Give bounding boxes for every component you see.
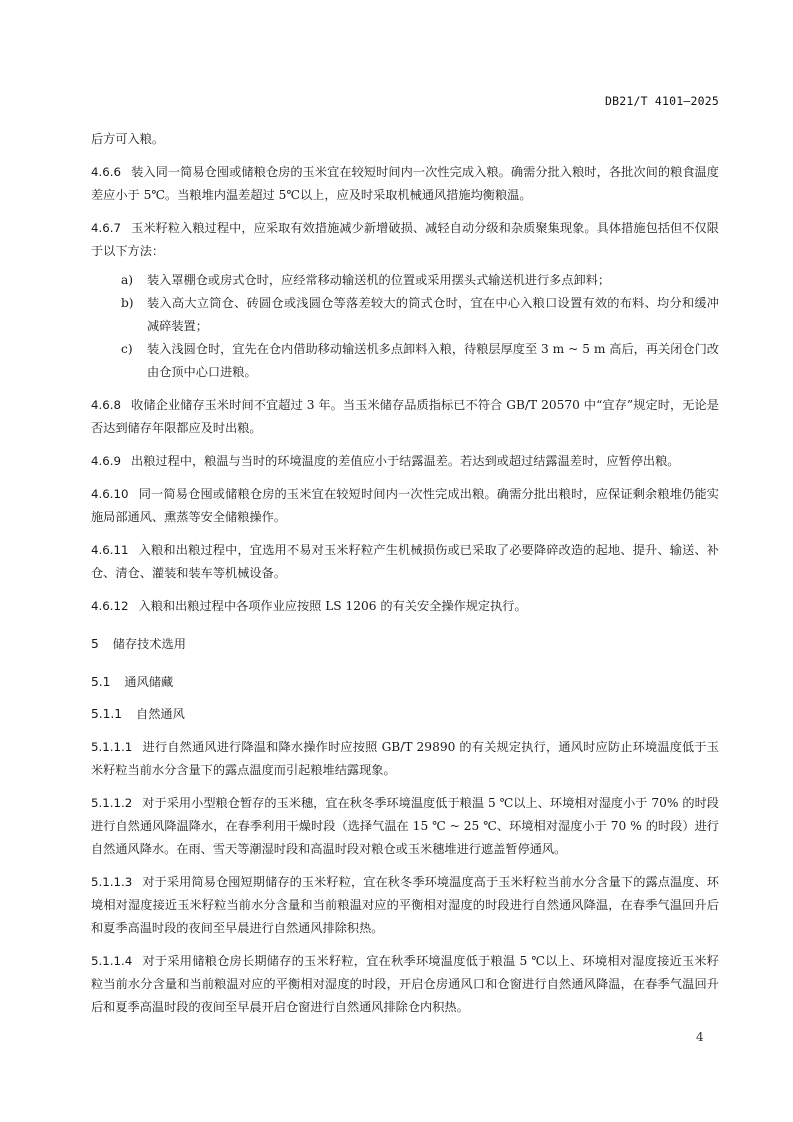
- clause-text: 同一简易仓囤或储粮仓房的玉米宜在较短时间内一次性完成出粮。确需分批出粮时，应保证…: [91, 487, 719, 524]
- clause-number: 5.1.1.1: [91, 740, 132, 754]
- paragraph-continuation: 后方可入粮。: [91, 128, 719, 151]
- list-item-text: 装入罩棚仓或房式仓时，应经常移动输送机的位置或采用摆头式输送机进行多点卸料；: [147, 273, 610, 287]
- clause-number: 4.6.12: [91, 599, 129, 613]
- section-heading-5: 5储存技术选用: [91, 634, 719, 654]
- clause-number: 4.6.10: [91, 487, 129, 501]
- clause-4-6-9: 4.6.9出粮过程中，粮温与当时的环境温度的差值应小于结露温差。若达到或超过结露…: [91, 450, 719, 473]
- clause-number: 4.6.11: [91, 543, 129, 557]
- clause-4-6-11: 4.6.11入粮和出粮过程中，宜选用不易对玉米籽粒产生机械损伤或已采取了必要降碎…: [91, 539, 719, 585]
- clause-4-6-6: 4.6.6装入同一简易仓囤或储粮仓房的玉米宜在较短时间内一次性完成入粮。确需分批…: [91, 161, 719, 207]
- list-item: b)装入高大立筒仓、砖圆仓或浅圆仓等落差较大的筒式仓时，宜在中心入粮口设置有效的…: [91, 292, 719, 338]
- document-code: DB21/T 4101—2025: [605, 94, 719, 108]
- clause-number: 4.6.6: [91, 165, 121, 179]
- list-item-text: 装入浅圆仓时，宜先在仓内借助移动输送机多点卸料入粮，待粮层厚度至 3 m ~ 5…: [147, 342, 719, 379]
- section-number: 5.1: [91, 675, 110, 689]
- clause-number: 5.1.1.3: [91, 875, 132, 889]
- section-title: 通风储藏: [124, 675, 173, 689]
- section-title: 储存技术选用: [113, 637, 186, 651]
- list-marker: a): [121, 269, 133, 292]
- section-heading-5-1-1: 5.1.1自然通风: [91, 704, 719, 724]
- list-item-text: 装入高大立筒仓、砖圆仓或浅圆仓等落差较大的筒式仓时，宜在中心入粮口设置有效的布料…: [147, 296, 719, 333]
- clause-text: 对于采用小型粮仓暂存的玉米穗，宜在秋冬季环境温度低于粮温 5 ℃以上、环境相对湿…: [91, 796, 719, 856]
- clause-text: 对于采用简易仓囤短期储存的玉米籽粒，宜在秋冬季环境温度高于玉米籽粒当前水分含量下…: [91, 875, 719, 935]
- clause-text: 对于采用储粮仓房长期储存的玉米籽粒，宜在秋季环境温度低于粮温 5 ℃以上、环境相…: [91, 954, 719, 1014]
- clause-number: 5.1.1.2: [91, 796, 132, 810]
- section-heading-5-1: 5.1通风储藏: [91, 672, 719, 692]
- clause-4-6-12: 4.6.12入粮和出粮过程中各项作业应按照 LS 1206 的有关安全操作规定执…: [91, 595, 719, 618]
- clause-4-6-10: 4.6.10同一简易仓囤或储粮仓房的玉米宜在较短时间内一次性完成出粮。确需分批出…: [91, 483, 719, 529]
- page-number: 4: [696, 1030, 704, 1044]
- clause-text: 入粮和出粮过程中，宜选用不易对玉米籽粒产生机械损伤或已采取了必要降碎改造的起地、…: [91, 543, 719, 580]
- clause-5-1-1-4: 5.1.1.4对于采用储粮仓房长期储存的玉米籽粒，宜在秋季环境温度低于粮温 5 …: [91, 950, 719, 1019]
- clause-text: 入粮和出粮过程中各项作业应按照 LS 1206 的有关安全操作规定执行。: [139, 599, 527, 613]
- clause-5-1-1-1: 5.1.1.1进行自然通风进行降温和降水操作时应按照 GB/T 29890 的有…: [91, 736, 719, 782]
- clause-number: 5.1.1.4: [91, 954, 132, 968]
- clause-number: 4.6.7: [91, 221, 121, 235]
- method-list: a)装入罩棚仓或房式仓时，应经常移动输送机的位置或采用摆头式输送机进行多点卸料；…: [91, 269, 719, 384]
- clause-4-6-7: 4.6.7玉米籽粒入粮过程中，应采取有效措施减少新增破损、减轻自动分级和杂质聚集…: [91, 217, 719, 263]
- paragraph-text: 后方可入粮。: [91, 132, 164, 146]
- list-item: c)装入浅圆仓时，宜先在仓内借助移动输送机多点卸料入粮，待粮层厚度至 3 m ~…: [91, 338, 719, 384]
- section-number: 5: [91, 637, 99, 651]
- clause-text: 装入同一简易仓囤或储粮仓房的玉米宜在较短时间内一次性完成入粮。确需分批入粮时，各…: [91, 165, 719, 202]
- page-body: 后方可入粮。 4.6.6装入同一简易仓囤或储粮仓房的玉米宜在较短时间内一次性完成…: [91, 128, 719, 1029]
- clause-text: 玉米籽粒入粮过程中，应采取有效措施减少新增破损、减轻自动分级和杂质聚集现象。具体…: [91, 221, 719, 258]
- clause-text: 进行自然通风进行降温和降水操作时应按照 GB/T 29890 的有关规定执行，通…: [91, 740, 719, 777]
- list-item: a)装入罩棚仓或房式仓时，应经常移动输送机的位置或采用摆头式输送机进行多点卸料；: [91, 269, 719, 292]
- list-marker: b): [121, 292, 134, 315]
- clause-text: 收储企业储存玉米时间不宜超过 3 年。当玉米储存品质指标已不符合 GB/T 20…: [91, 398, 719, 435]
- list-marker: c): [121, 338, 133, 361]
- section-number: 5.1.1: [91, 707, 122, 721]
- clause-text: 出粮过程中，粮温与当时的环境温度的差值应小于结露温差。若达到或超过结露温差时，应…: [131, 454, 679, 468]
- clause-number: 4.6.8: [91, 398, 121, 412]
- clause-number: 4.6.9: [91, 454, 121, 468]
- clause-4-6-8: 4.6.8收储企业储存玉米时间不宜超过 3 年。当玉米储存品质指标已不符合 GB…: [91, 394, 719, 440]
- section-title: 自然通风: [136, 707, 185, 721]
- clause-5-1-1-2: 5.1.1.2对于采用小型粮仓暂存的玉米穗，宜在秋冬季环境温度低于粮温 5 ℃以…: [91, 792, 719, 861]
- clause-5-1-1-3: 5.1.1.3对于采用简易仓囤短期储存的玉米籽粒，宜在秋冬季环境温度高于玉米籽粒…: [91, 871, 719, 940]
